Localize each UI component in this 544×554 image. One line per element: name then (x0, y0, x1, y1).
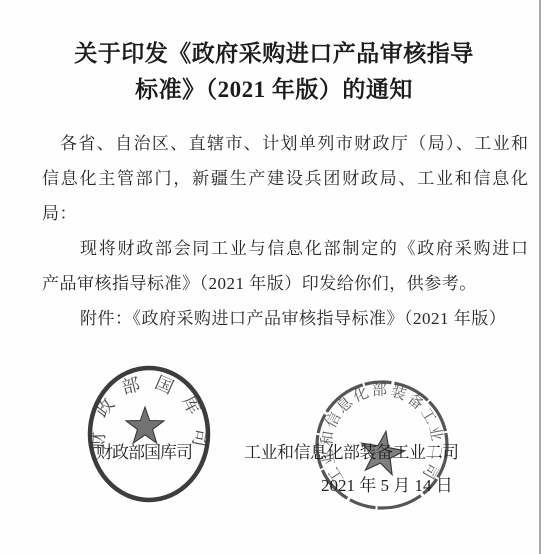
recipients-line-1: 各省、自治区、直辖市、计划单列市财政厅（局）、工业和 (42, 126, 528, 161)
body-paragraph-line-1: 现将财政部会同工业与信息化部制定的《政府采购进口 (42, 231, 528, 266)
issue-date: 2021 年 5 月 14 日 (321, 471, 453, 496)
recipients-line-2: 信息化主管部门，新疆生产建设兵团财政局、工业和信息化 (42, 161, 528, 196)
scan-edge-line (539, 0, 541, 554)
mof-treasury-seal-icon: 财政部国库司 (84, 364, 214, 506)
recipients-line-3: 局： (42, 196, 528, 231)
document-title: 关于印发《政府采购进口产品审核指导 标准》（2021 年版）的通知 (16, 36, 532, 108)
title-line-2: 标准》（2021 年版）的通知 (16, 72, 532, 108)
signature-miit-equipment: 工业和信息化部装备工业二司 (244, 438, 459, 463)
signature-mof-treasury: 财政部国库司 (96, 438, 192, 463)
body-paragraph-line-2: 产品审核指导标准》（2021 年版）印发给你们，供参考。 (42, 266, 528, 301)
attachment-line: 附件：《政府采购进口产品审核指导标准》（2021 年版） (42, 301, 528, 336)
document-body: 各省、自治区、直辖市、计划单列市财政厅（局）、工业和 信息化主管部门，新疆生产建… (42, 126, 528, 336)
title-line-1: 关于印发《政府采购进口产品审核指导 (16, 36, 532, 72)
document-page: 关于印发《政府采购进口产品审核指导 标准》（2021 年版）的通知 各省、自治区… (0, 0, 544, 554)
